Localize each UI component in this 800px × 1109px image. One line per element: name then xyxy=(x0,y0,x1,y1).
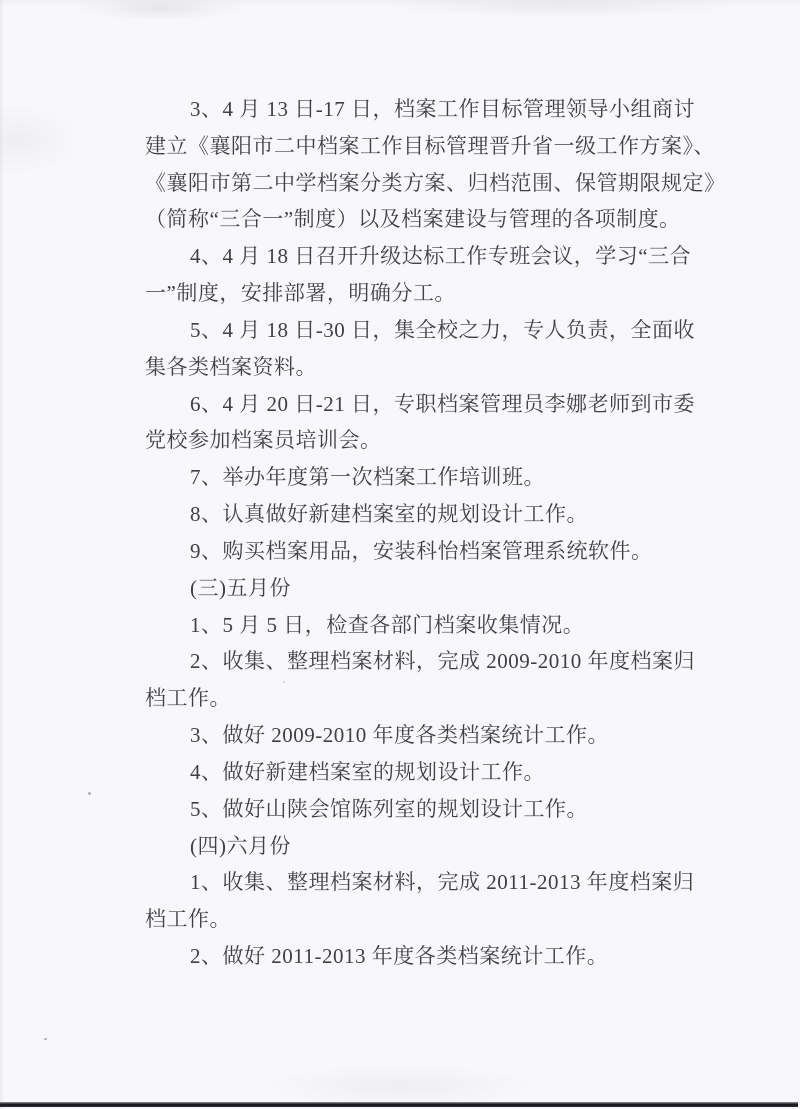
document-line: 9、购买档案用品，安装科怡档案管理系统软件。 xyxy=(145,533,715,570)
document-line: 6、4 月 20 日-21 日，专职档案管理员李娜老师到市委 xyxy=(145,386,715,423)
scanned-document-page: 3、4 月 13 日-17 日，档案工作目标管理领导小组商讨建立《襄阳市二中档案… xyxy=(0,0,800,1109)
document-line: 档工作。 xyxy=(145,680,715,717)
document-line: 档工作。 xyxy=(145,901,715,938)
document-line: 集各类档案资料。 xyxy=(145,349,715,386)
document-line: 2、收集、整理档案材料，完成 2009-2010 年度档案归 xyxy=(145,643,715,680)
document-line: 3、4 月 13 日-17 日，档案工作目标管理领导小组商讨 xyxy=(145,91,715,128)
document-line: 2、做好 2011-2013 年度各类档案统计工作。 xyxy=(145,938,715,975)
document-line: （简称“三合一”制度）以及档案建设与管理的各项制度。 xyxy=(145,201,715,238)
scanner-edge-line xyxy=(0,1102,798,1107)
document-body: 3、4 月 13 日-17 日，档案工作目标管理领导小组商讨建立《襄阳市二中档案… xyxy=(145,91,715,975)
document-line: (四)六月份 xyxy=(145,828,715,865)
document-line: 4、4 月 18 日召开升级达标工作专班会议，学习“三合 xyxy=(145,238,715,275)
document-line: 建立《襄阳市二中档案工作目标管理晋升省一级工作方案》、 xyxy=(145,128,715,165)
document-line: 《襄阳市第二中学档案分类方案、归档范围、保管期限规定》 xyxy=(145,165,715,202)
document-line: 5、4 月 18 日-30 日，集全校之力，专人负责，全面收 xyxy=(145,312,715,349)
document-line: 一”制度，安排部署，明确分工。 xyxy=(145,275,715,312)
document-line: 1、5 月 5 日，检查各部门档案收集情况。 xyxy=(145,607,715,644)
document-line: 8、认真做好新建档案室的规划设计工作。 xyxy=(145,496,715,533)
document-line: 4、做好新建档案室的规划设计工作。 xyxy=(145,754,715,791)
document-line: 3、做好 2009-2010 年度各类档案统计工作。 xyxy=(145,717,715,754)
document-line: 5、做好山陕会馆陈列室的规划设计工作。 xyxy=(145,791,715,828)
document-line: 党校参加档案员培训会。 xyxy=(145,422,715,459)
document-line: 1、收集、整理档案材料，完成 2011-2013 年度档案归 xyxy=(145,864,715,901)
scan-speck xyxy=(44,1038,47,1040)
document-line: (三)五月份 xyxy=(145,570,715,607)
document-line: 7、举办年度第一次档案工作培训班。 xyxy=(145,459,715,496)
scan-speck xyxy=(88,792,91,795)
